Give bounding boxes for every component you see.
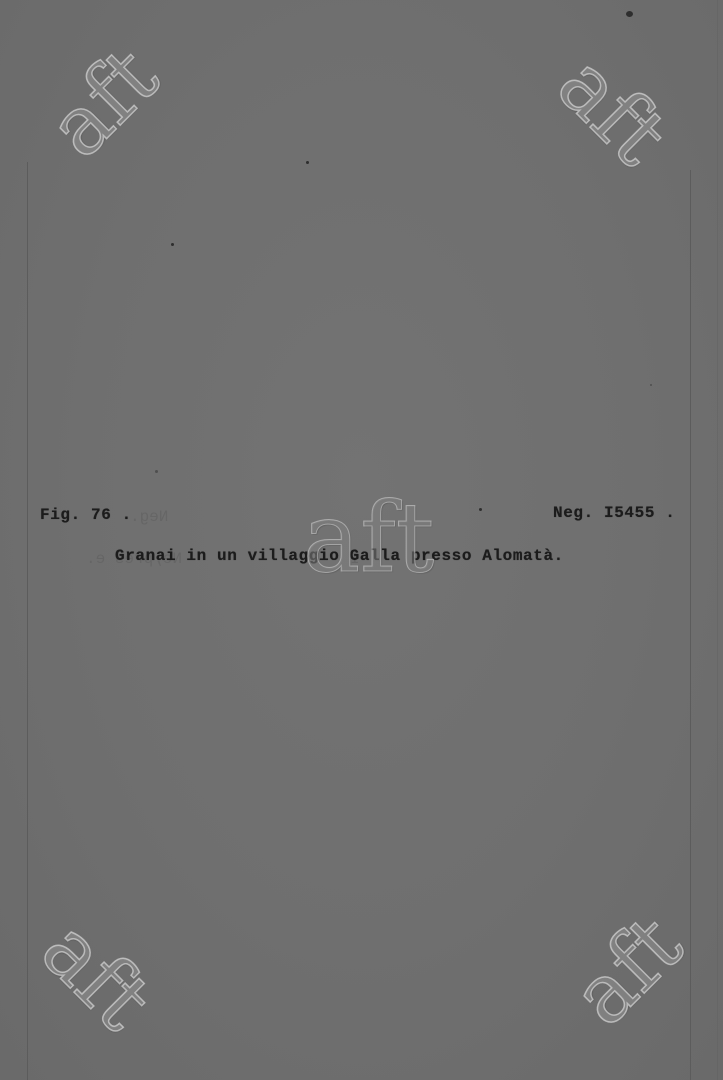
- dust-speck: [155, 470, 158, 473]
- aft-watermark-center: aft: [303, 490, 434, 586]
- dust-speck: [650, 384, 652, 386]
- aft-watermark-bottom-left: aft: [27, 907, 164, 1044]
- aft-watermark-top-left: aft: [35, 34, 172, 171]
- card-right-border: [690, 170, 691, 1080]
- dust-speck: [626, 11, 633, 17]
- scanned-card: Neg. Ne,pres e. I aft aft aft aft Fig. 7…: [0, 0, 723, 1080]
- figure-number: Fig. 76 .: [40, 506, 132, 524]
- negative-number: Neg. I5455 .: [553, 504, 675, 522]
- card-left-border: [27, 162, 28, 1080]
- scan-edge-line: [717, 0, 718, 1080]
- dust-speck: [171, 243, 174, 246]
- dust-speck: [479, 508, 482, 511]
- dust-speck: [306, 161, 309, 164]
- bleed-through-text: Neg.: [130, 508, 168, 526]
- aft-watermark-top-right: aft: [543, 42, 680, 179]
- aft-watermark-bottom-right: aft: [559, 902, 696, 1039]
